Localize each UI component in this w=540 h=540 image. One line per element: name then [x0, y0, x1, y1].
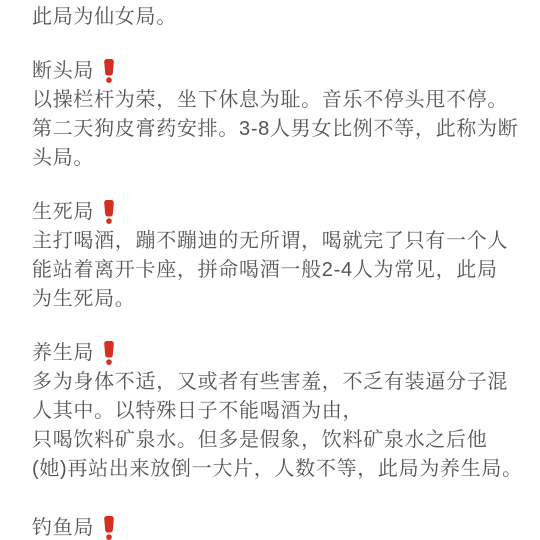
section-title: 断头局	[32, 57, 94, 86]
body-line: 第二天狗皮膏药安排。3-8人男女比例不等，此称为断	[32, 115, 516, 144]
body-line: 多为身体不适，又或者有些害羞，不乏有装逼分子混	[32, 368, 516, 397]
section-header: 养生局	[32, 339, 516, 368]
section-health: 养生局 多为身体不适，又或者有些害羞，不乏有装逼分子混 人其中。以特殊日子不能喝…	[32, 339, 516, 484]
section-header: 生死局	[32, 198, 516, 227]
section-fishing: 钓鱼局	[32, 514, 516, 540]
section-broken-head: 断头局 以操栏杆为荣，坐下休息为耻。音乐不停头甩不停。 第二天狗皮膏药安排。3-…	[32, 57, 516, 173]
section-life-death: 生死局 主打喝酒，蹦不蹦迪的无所谓，喝就完了只有一个人 能站着离开卡座，拼命喝酒…	[32, 198, 516, 314]
red-exclamation-icon	[103, 516, 115, 540]
intro-line: 此局为仙女局。	[32, 3, 516, 32]
body-line: 只喝饮料矿泉水。但多是假象，饮料矿泉水之后他	[32, 426, 516, 455]
section-header: 钓鱼局	[32, 514, 516, 540]
section-title: 钓鱼局	[32, 514, 94, 540]
red-exclamation-icon	[103, 341, 115, 365]
body-line: 为生死局。	[32, 285, 516, 314]
body-line: 头局。	[32, 144, 516, 173]
body-line: 主打喝酒，蹦不蹦迪的无所谓，喝就完了只有一个人	[32, 227, 516, 256]
section-header: 断头局	[32, 57, 516, 86]
red-exclamation-icon	[103, 59, 115, 83]
section-title: 养生局	[32, 339, 94, 368]
body-line: 能站着离开卡座，拼命喝酒一般2-4人为常见，此局	[32, 256, 516, 285]
article-body: 此局为仙女局。 断头局 以操栏杆为荣，坐下休息为耻。音乐不停头甩不停。 第二天狗…	[0, 0, 540, 540]
body-line: 人其中。以特殊日子不能喝酒为由，	[32, 397, 516, 426]
body-line: (她)再站出来放倒一大片，人数不等，此局为养生局。	[32, 455, 516, 484]
section-title: 生死局	[32, 198, 94, 227]
red-exclamation-icon	[103, 200, 115, 224]
body-line: 以操栏杆为荣，坐下休息为耻。音乐不停头甩不停。	[32, 86, 516, 115]
